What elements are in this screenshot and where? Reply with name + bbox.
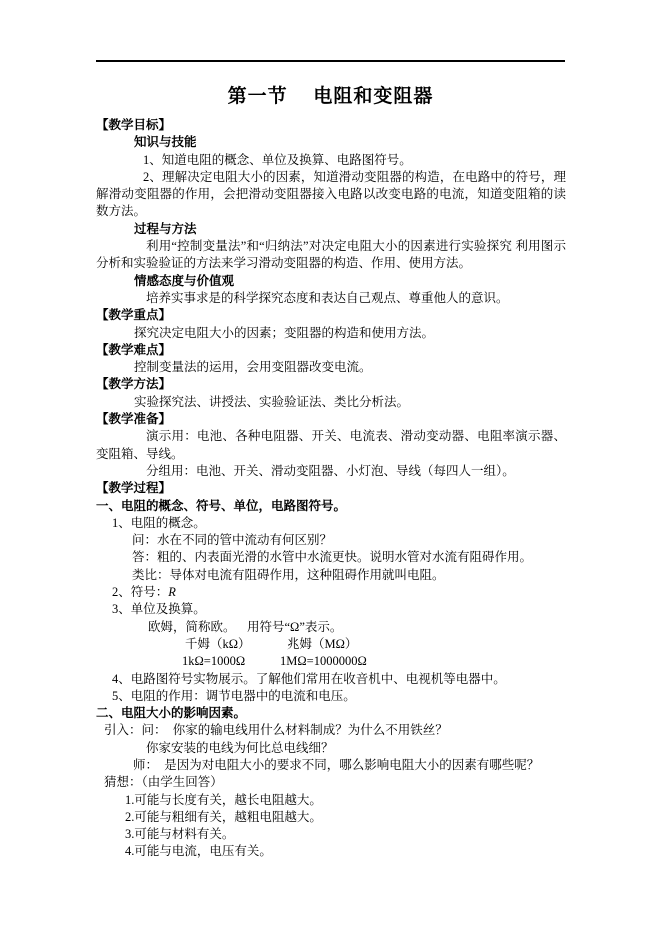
subheading-attitude-values: 情感态度与价值观 (96, 273, 566, 290)
section-2-heading: 二、电阻大小的影响因素。 (96, 705, 566, 722)
header-rule (96, 60, 565, 62)
teacher-remark: 师： 是因为对电阻大小的要求不同，哪么影响电阻大小的因素有哪些呢？ (96, 757, 566, 774)
document-body: 【教学目标】 知识与技能 1、知道电阻的概念、单位及换算、电路图符号。 2、理解… (96, 117, 566, 861)
ohm-symbol-note: 用符号“Ω”表示。 (247, 620, 342, 634)
section-1-heading: 一、电阻的概念、符号、单位，电路图符号。 (96, 498, 566, 515)
heading-teaching-process: 【教学过程】 (96, 480, 566, 497)
process-method-text: 利用“控制变量法”和“归纳法”对决定电阻大小的因素进行实验探究 利用图示分析和实… (96, 238, 566, 273)
heading-methods: 【教学方法】 (96, 376, 566, 393)
concept-label: 1、电阻的概念。 (96, 515, 566, 532)
symbol-label: 2、符号： (112, 585, 168, 599)
key-points-text: 探究决定电阻大小的因素；变阻器的构造和使用方法。 (96, 325, 566, 342)
kilo-mega-line: 千姆（kΩ）兆姆（MΩ） (96, 636, 566, 653)
megaohm-name: 兆姆（MΩ） (287, 637, 357, 651)
ohm-name: 欧姆，简称欧。 (148, 619, 247, 636)
concept-question: 问：水在不同的管中流动有何区别？ (96, 532, 566, 549)
ohm-definition-line: 欧姆，简称欧。用符号“Ω”表示。 (96, 619, 566, 636)
objective-item-2: 2、理解决定电阻大小的因素，知道滑动变阻器的构造，在电路中的符号，理解滑动变阻器… (96, 169, 566, 221)
intro-question-1: 引入：问： 你家的输电线用什么材料制成？为什么不用铁丝？ (96, 722, 566, 739)
heading-key-points: 【教学重点】 (96, 307, 566, 324)
concept-answer: 答：粗的、内表面光滑的水管中水流更快。说明水管对水流有阻碍作用。 (96, 549, 566, 566)
intro-question-2: 你家安装的电线为何比总电线细？ (96, 740, 566, 757)
circuit-symbol-item: 4、电路图符号实物展示。了解他们常用在收音机中、电视机等电器中。 (96, 671, 566, 688)
subheading-process-method: 过程与方法 (96, 221, 566, 238)
resistance-symbol: R (168, 585, 176, 599)
heading-preparation: 【教学准备】 (96, 411, 566, 428)
document-page: 第一节 电阻和变阻器 【教学目标】 知识与技能 1、知道电阻的概念、单位及换算、… (0, 0, 661, 935)
guess-item-3: 3.可能与材料有关。 (96, 826, 566, 843)
kiloohm-name: 千姆（kΩ） (185, 636, 287, 653)
subheading-knowledge-skills: 知识与技能 (96, 134, 566, 151)
kiloohm-conversion: 1kΩ=1000Ω (182, 653, 280, 670)
guess-item-4: 4.可能与电流，电压有关。 (96, 843, 566, 860)
guess-label: 猜想：（由学生回答） (96, 774, 566, 791)
preparation-demo-text: 演示用：电池、各种电阻器、开关、电流表、滑动变动器、电阻率演示器、变阻箱、导线。 (96, 428, 566, 463)
preparation-group-text: 分组用：电池、开关、滑动变阻器、小灯泡、导线（每四人一组）。 (96, 463, 566, 480)
difficulties-text: 控制变量法的运用，会用变阻器改变电流。 (96, 359, 566, 376)
units-label: 3、单位及换算。 (96, 601, 566, 618)
resistance-function-item: 5、电阻的作用：调节电器中的电流和电压。 (96, 688, 566, 705)
guess-item-2: 2.可能与粗细有关，越粗电阻越大。 (96, 809, 566, 826)
guess-item-1: 1.可能与长度有关，越长电阻越大。 (96, 792, 566, 809)
attitude-values-text: 培养实事求是的科学探究态度和表达自己观点、尊重他人的意识。 (96, 290, 566, 307)
methods-text: 实验探究法、讲授法、实验验证法、类比分析法。 (96, 394, 566, 411)
concept-analogy: 类比：导体对电流有阻碍作用，这种阻碍作用就叫电阻。 (96, 567, 566, 584)
conversion-line: 1kΩ=1000Ω1MΩ=1000000Ω (96, 653, 566, 670)
symbol-line: 2、符号：R (96, 584, 566, 601)
heading-teaching-objectives: 【教学目标】 (96, 117, 566, 134)
heading-difficulties: 【教学难点】 (96, 342, 566, 359)
megaohm-conversion: 1MΩ=1000000Ω (280, 654, 367, 668)
page-title: 第一节 电阻和变阻器 (0, 81, 661, 108)
objective-item-1: 1、知道电阻的概念、单位及换算、电路图符号。 (96, 152, 566, 169)
